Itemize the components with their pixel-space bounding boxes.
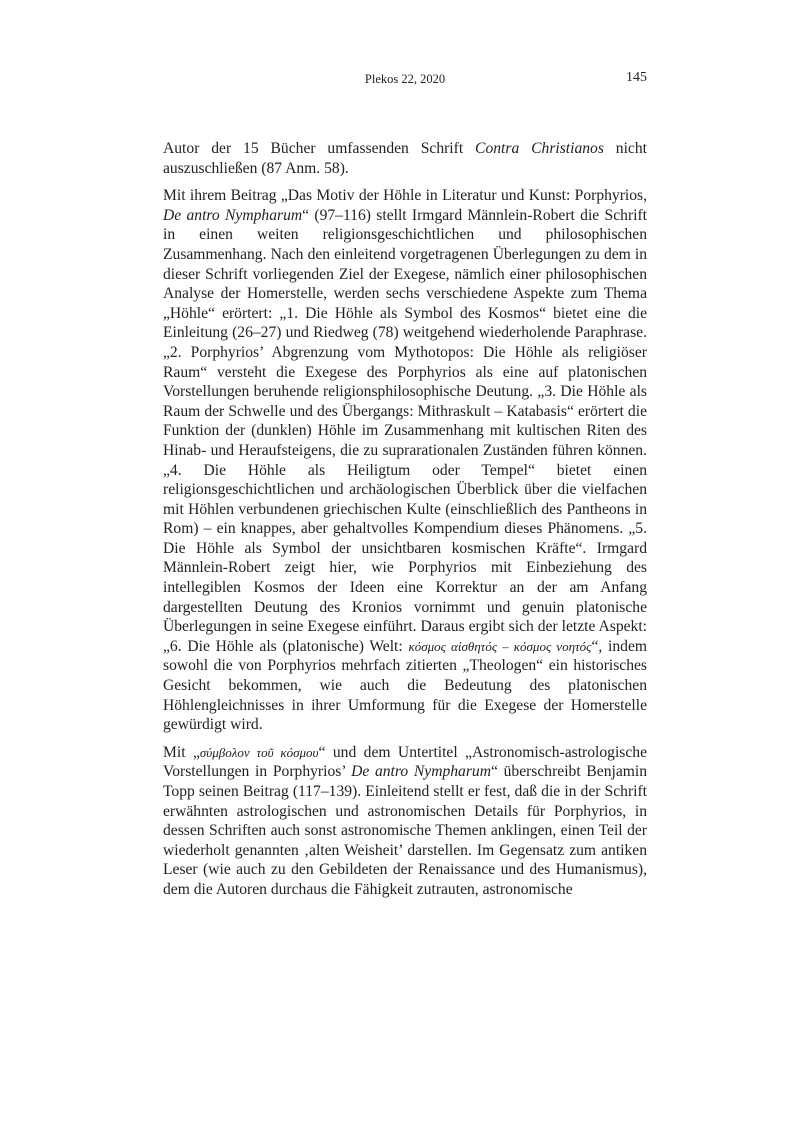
greek-phrase: σύμβολον τοῦ κόσμου [200,745,319,760]
paragraph-3: Mit „σύμβολον τοῦ κόσμου“ und dem Untert… [163,743,647,900]
text-segment: “ überschreibt Benjamin Topp seinen Beit… [163,763,647,898]
text-segment: Mit ihrem Beitrag „Das Motiv der Höhle i… [163,187,647,204]
paragraph-2: Mit ihrem Beitrag „Das Motiv der Höhle i… [163,186,647,735]
journal-title: Plekos 22, 2020 [163,72,647,87]
book-title: De antro Nympharum [351,763,491,780]
greek-phrase: κόσμος αἰσθητός – κόσμος νοητός [408,639,591,654]
book-title: De antro Nympharum [163,207,302,224]
text-segment: Autor der 15 Bücher umfassenden Schrift [163,140,475,157]
page-number: 145 [626,70,647,86]
body-text: Autor der 15 Bücher umfassenden Schrift … [163,139,647,908]
text-segment: Mit „ [163,744,200,761]
book-title: Contra Christianos [475,140,604,157]
running-head: Plekos 22, 2020 145 [163,72,647,92]
text-segment: “ (97–116) stellt Irmgard Männlein-Rober… [163,207,647,655]
paragraph-1: Autor der 15 Bücher umfassenden Schrift … [163,139,647,178]
